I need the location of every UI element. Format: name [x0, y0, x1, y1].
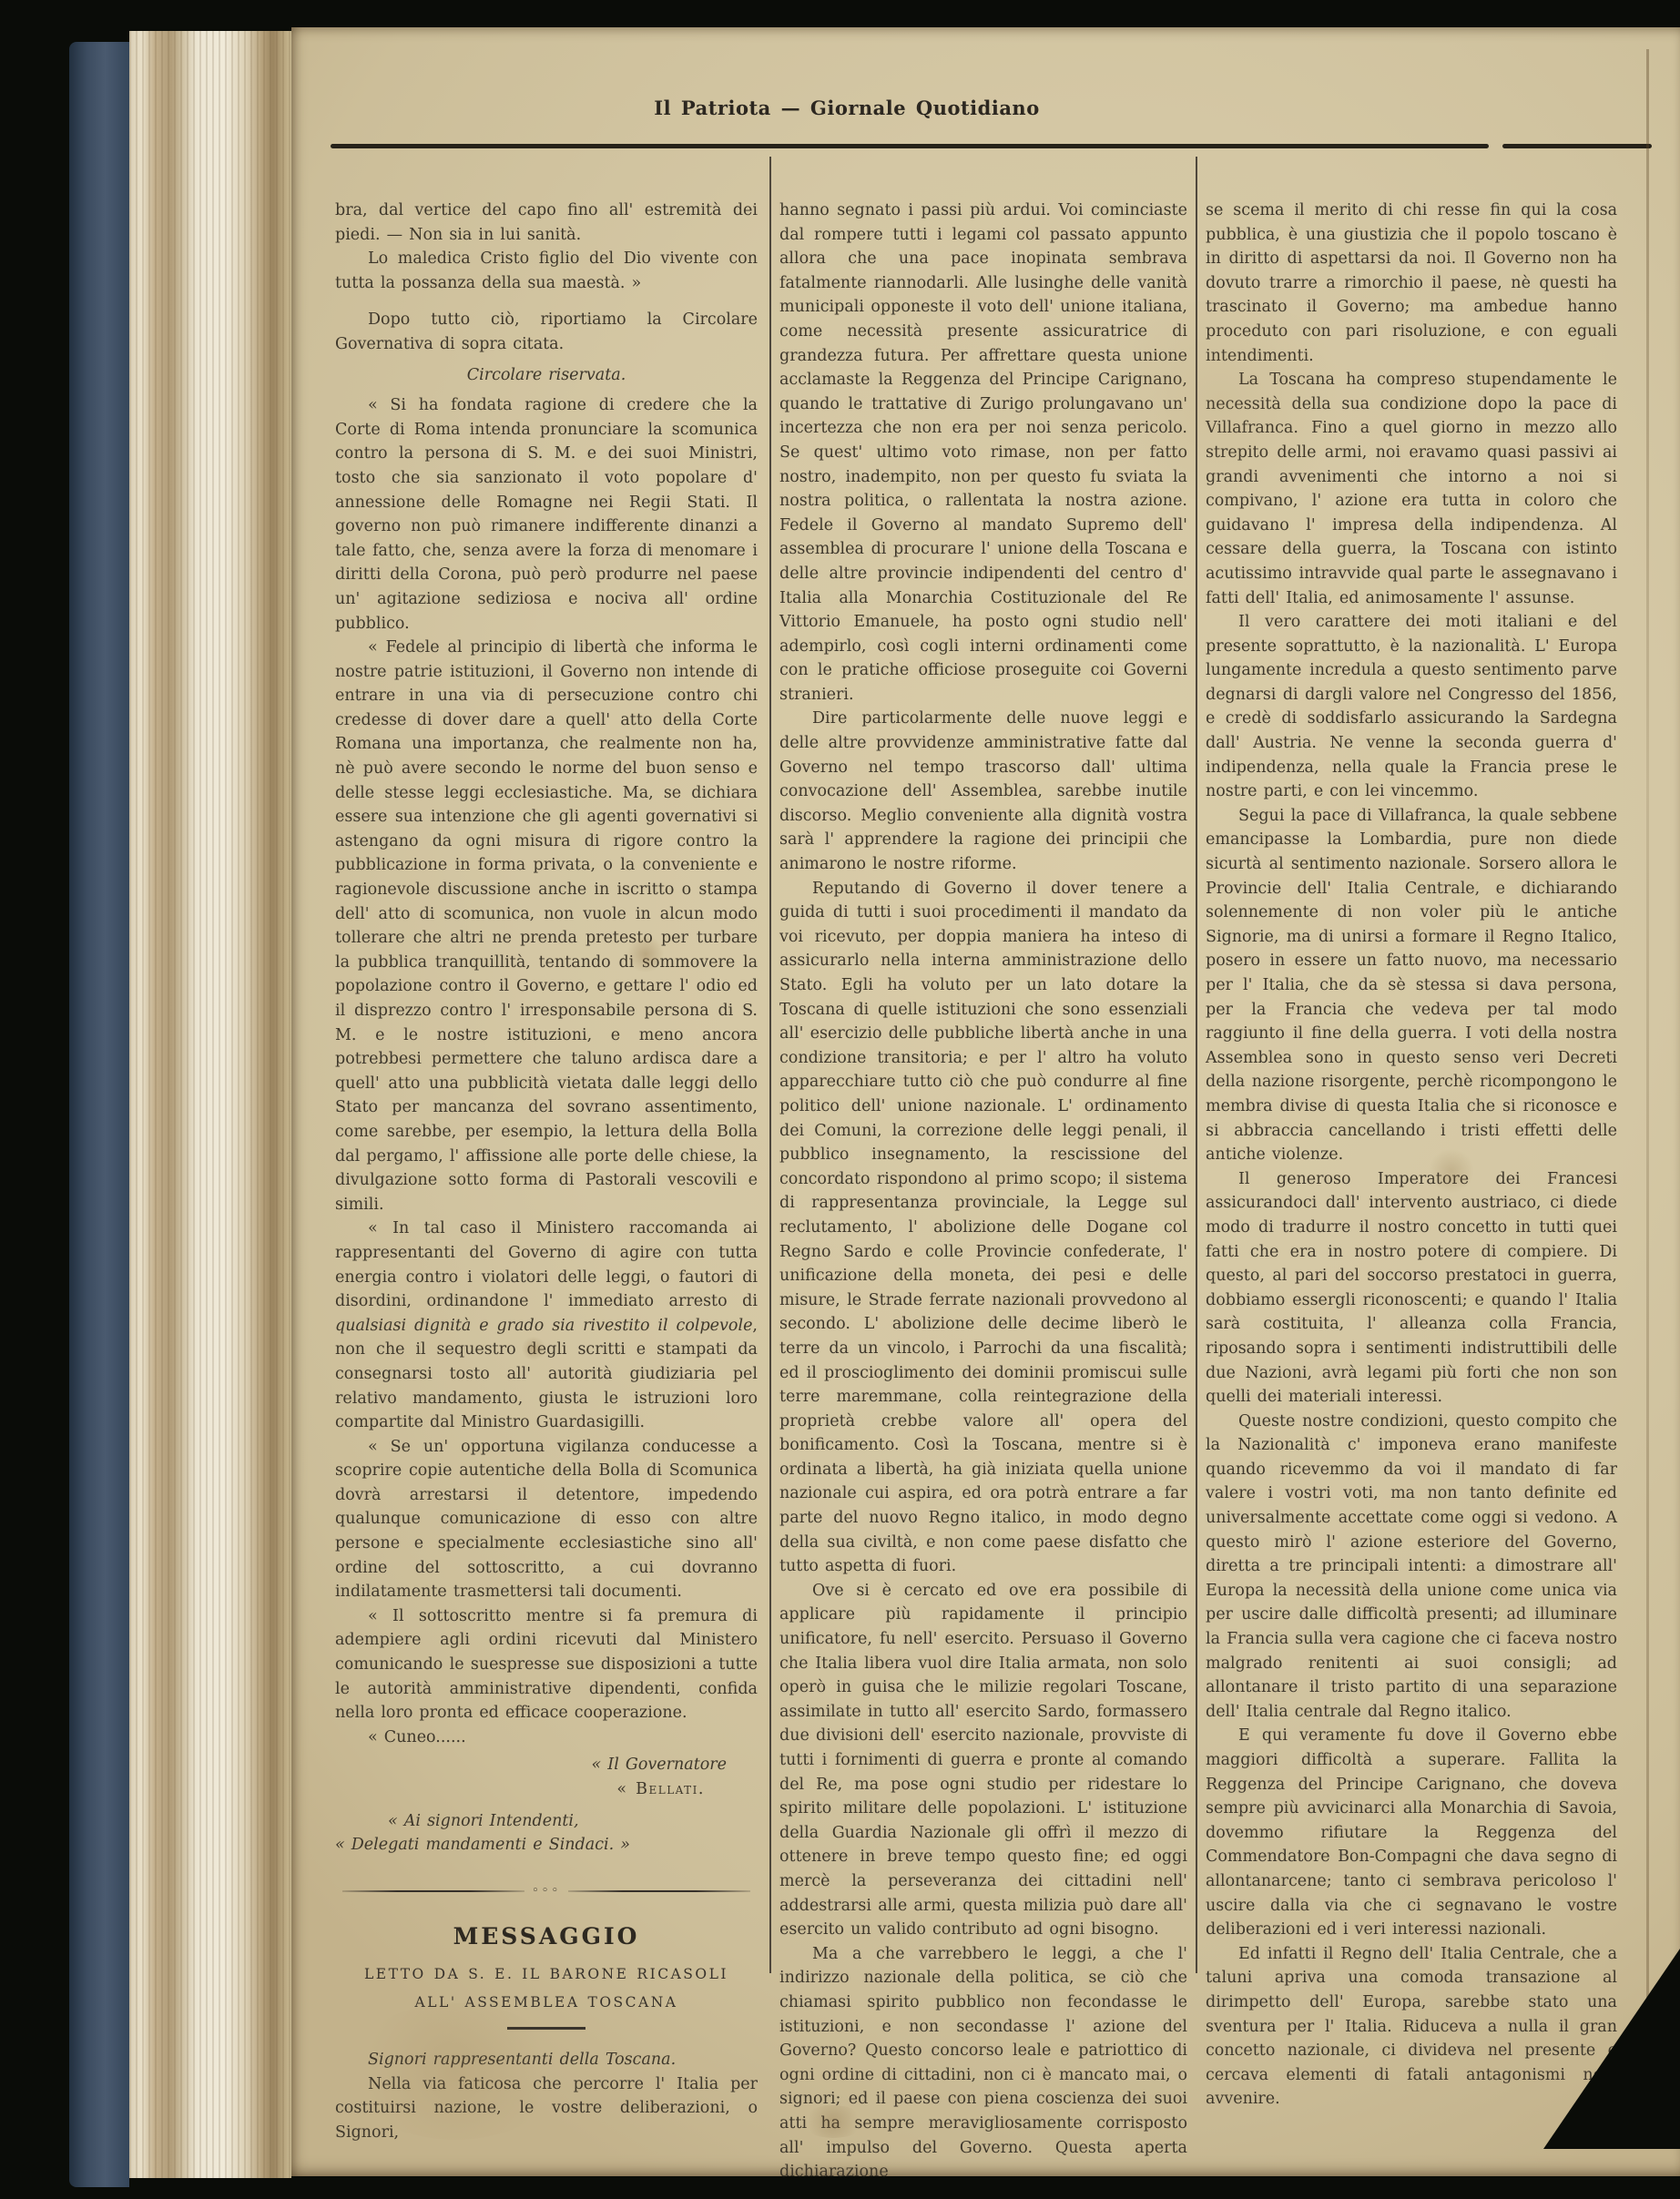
paragraph: Queste nostre condizioni, questo compito… — [1206, 1410, 1617, 1725]
italic-run: qualsiasi dignità e grado sia rivestito … — [335, 1317, 752, 1335]
paragraph: Dopo tutto ciò, riportiamo la Circolare … — [335, 308, 758, 356]
ornament-divider: ◦◦◦ — [342, 1879, 750, 1904]
address-line: « Ai signori Intendenti, — [335, 1809, 758, 1834]
paragraph: Ed infatti il Regno dell' Italia Central… — [1206, 1942, 1617, 2112]
ornament-part — [568, 1890, 750, 1892]
book-cover-edge — [69, 42, 129, 2187]
column-1: bra, dal vertice del capo fino all' estr… — [335, 199, 758, 2145]
text-run: « In tal caso il Ministero raccomanda ai… — [335, 1219, 758, 1310]
stacked-page-edges — [129, 31, 291, 2178]
ornament-part: ◦◦◦ — [524, 1879, 568, 1904]
paragraph: Ove si è cercato ed ove era possibile di… — [779, 1579, 1187, 1942]
paragraph: se scema il merito di chi resse fin qui … — [1206, 199, 1617, 368]
paragraph: Lo maledica Cristo figlio del Dio vivent… — [335, 247, 758, 295]
paragraph: « Si ha fondata ragione di credere che l… — [335, 393, 758, 636]
page-crease — [1646, 49, 1649, 2143]
column-2: hanno segnato i passi più ardui. Voi com… — [779, 199, 1187, 2184]
paragraph: E qui veramente fu dove il Governo ebbe … — [1206, 1724, 1617, 1941]
scanned-book-photo: Il Patriota — Giornale Quotidiano bra, d… — [0, 0, 1680, 2199]
article-subheading: LETTO DA S. E. IL BARONE RICASOLI — [335, 1962, 758, 1987]
paragraph: Segui la pace di Villafranca, la quale s… — [1206, 804, 1617, 1167]
section-title: Circolare riservata. — [335, 363, 758, 388]
paragraph: « Fedele al principio di libertà che inf… — [335, 636, 758, 1217]
salutation: Signori rappresentanti della Toscana. — [335, 2048, 758, 2072]
paragraph: hanno segnato i passi più ardui. Voi com… — [779, 199, 1187, 707]
paragraph: Il vero carattere dei moti italiani e de… — [1206, 610, 1617, 804]
address-line: « Delegati mandamenti e Sindaci. » — [335, 1833, 758, 1858]
section-rule — [507, 2027, 585, 2030]
column-divider-1 — [769, 157, 771, 1973]
column-divider-2 — [1196, 157, 1197, 1973]
paragraph: « Se un' opportuna vigilanza conducesse … — [335, 1435, 758, 1604]
header-rule-left — [331, 144, 1489, 148]
paragraph: Reputando di Governo il dover tenere a g… — [779, 877, 1187, 1579]
paragraph: « Il sottoscritto mentre si fa premura d… — [335, 1604, 758, 1726]
column-3: se scema il merito di chi resse fin qui … — [1206, 199, 1617, 2112]
header-rule-right — [1502, 144, 1652, 148]
paragraph: Il generoso Imperatore dei Francesi assi… — [1206, 1167, 1617, 1410]
paragraph: « Cuneo...... — [335, 1726, 758, 1750]
newspaper-page: Il Patriota — Giornale Quotidiano bra, d… — [291, 27, 1680, 2176]
paragraph: Ma a che varrebbero le leggi, a che l' i… — [779, 1942, 1187, 2184]
paragraph: bra, dal vertice del capo fino all' estr… — [335, 199, 758, 247]
ornament-part — [342, 1890, 524, 1892]
paragraph: « In tal caso il Ministero raccomanda ai… — [335, 1217, 758, 1434]
article-heading: MESSAGGIO — [335, 1925, 758, 1950]
signature-title: « Il Governatore — [335, 1753, 758, 1777]
masthead-title: Il Patriota — Giornale Quotidiano — [583, 97, 1111, 119]
article-subheading: ALL' ASSEMBLEA TOSCANA — [335, 1990, 758, 2015]
paragraph: Dire particolarmente delle nuove leggi e… — [779, 707, 1187, 876]
signature-name: « Bellati. — [335, 1777, 758, 1802]
paragraph: La Toscana ha compreso stupendamente le … — [1206, 368, 1617, 610]
paragraph: Nella via faticosa che percorre l' Itali… — [335, 2072, 758, 2145]
